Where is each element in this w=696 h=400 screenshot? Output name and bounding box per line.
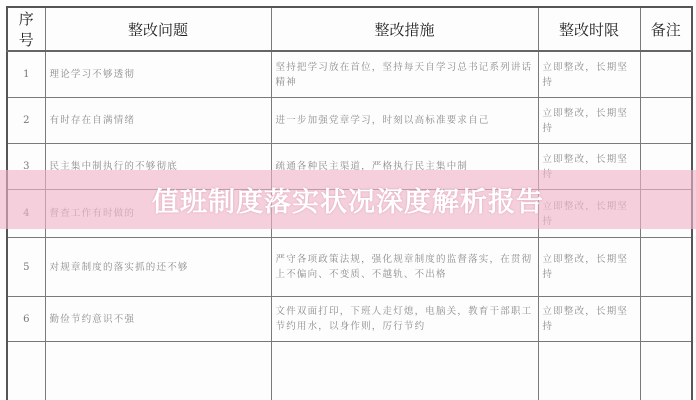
- table-row: 1 理论学习不够透彻 坚持把学习放在首位，坚持每天自学习总书记系列讲话精神 立即…: [7, 51, 692, 98]
- cell-measure: 文件双面打印，下班人走灯熄，电脑关，教育干部职工节约用水，以身作则，厉行节约: [271, 297, 538, 342]
- overlay-title: 值班制度落实状况深度解析报告: [0, 170, 696, 229]
- cell-measure: 严守各项政策法规，强化规章制度的监督落实，在贯彻上不偏向、不变质、不越轨、不出格: [271, 238, 538, 297]
- cell-deadline: 立即整改，长期坚持: [538, 238, 640, 297]
- table-row: 6 勤俭节约意识不强 文件双面打印，下班人走灯熄，电脑关，教育干部职工节约用水，…: [7, 297, 692, 342]
- document-image: 序号 整改问题 整改措施 整改时限 备注 1 理论学习不够透彻 坚持把学习放在首…: [0, 0, 696, 400]
- cell-measure: 坚持把学习放在首位，坚持每天自学习总书记系列讲话精神: [271, 51, 538, 98]
- cell-no: 1: [7, 51, 45, 98]
- header-measure: 整改措施: [271, 7, 538, 51]
- header-remark: 备注: [640, 7, 692, 51]
- cell-issue: 理论学习不够透彻: [45, 51, 271, 98]
- cell-issue: 对规章制度的落实抓的还不够: [45, 238, 271, 297]
- cell-no: 6: [7, 297, 45, 342]
- cell-no: 5: [7, 238, 45, 297]
- header-no: 序号: [7, 7, 45, 51]
- cell-deadline: 立即整改，长期坚持: [538, 98, 640, 144]
- header-issue: 整改问题: [45, 7, 271, 51]
- cell-issue: [45, 342, 271, 400]
- cell-measure: 进一步加强党章学习，时刻以高标准要求自己: [271, 98, 538, 144]
- table-row-empty: [7, 342, 692, 400]
- cell-remark: [640, 98, 692, 144]
- cell-issue: 勤俭节约意识不强: [45, 297, 271, 342]
- header-deadline: 整改时限: [538, 7, 640, 51]
- cell-no: [7, 342, 45, 400]
- cell-measure: [271, 342, 538, 400]
- table-header-row: 序号 整改问题 整改措施 整改时限 备注: [7, 7, 692, 51]
- cell-remark: [640, 297, 692, 342]
- cell-deadline: 立即整改，长期坚持: [538, 51, 640, 98]
- cell-deadline: 立即整改，长期坚持: [538, 297, 640, 342]
- table-row: 2 有时存在自满情绪 进一步加强党章学习，时刻以高标准要求自己 立即整改，长期坚…: [7, 98, 692, 144]
- cell-remark: [640, 342, 692, 400]
- cell-no: 2: [7, 98, 45, 144]
- table-row: 5 对规章制度的落实抓的还不够 严守各项政策法规，强化规章制度的监督落实，在贯彻…: [7, 238, 692, 297]
- cell-issue: 有时存在自满情绪: [45, 98, 271, 144]
- cell-remark: [640, 238, 692, 297]
- cell-deadline: [538, 342, 640, 400]
- cell-remark: [640, 51, 692, 98]
